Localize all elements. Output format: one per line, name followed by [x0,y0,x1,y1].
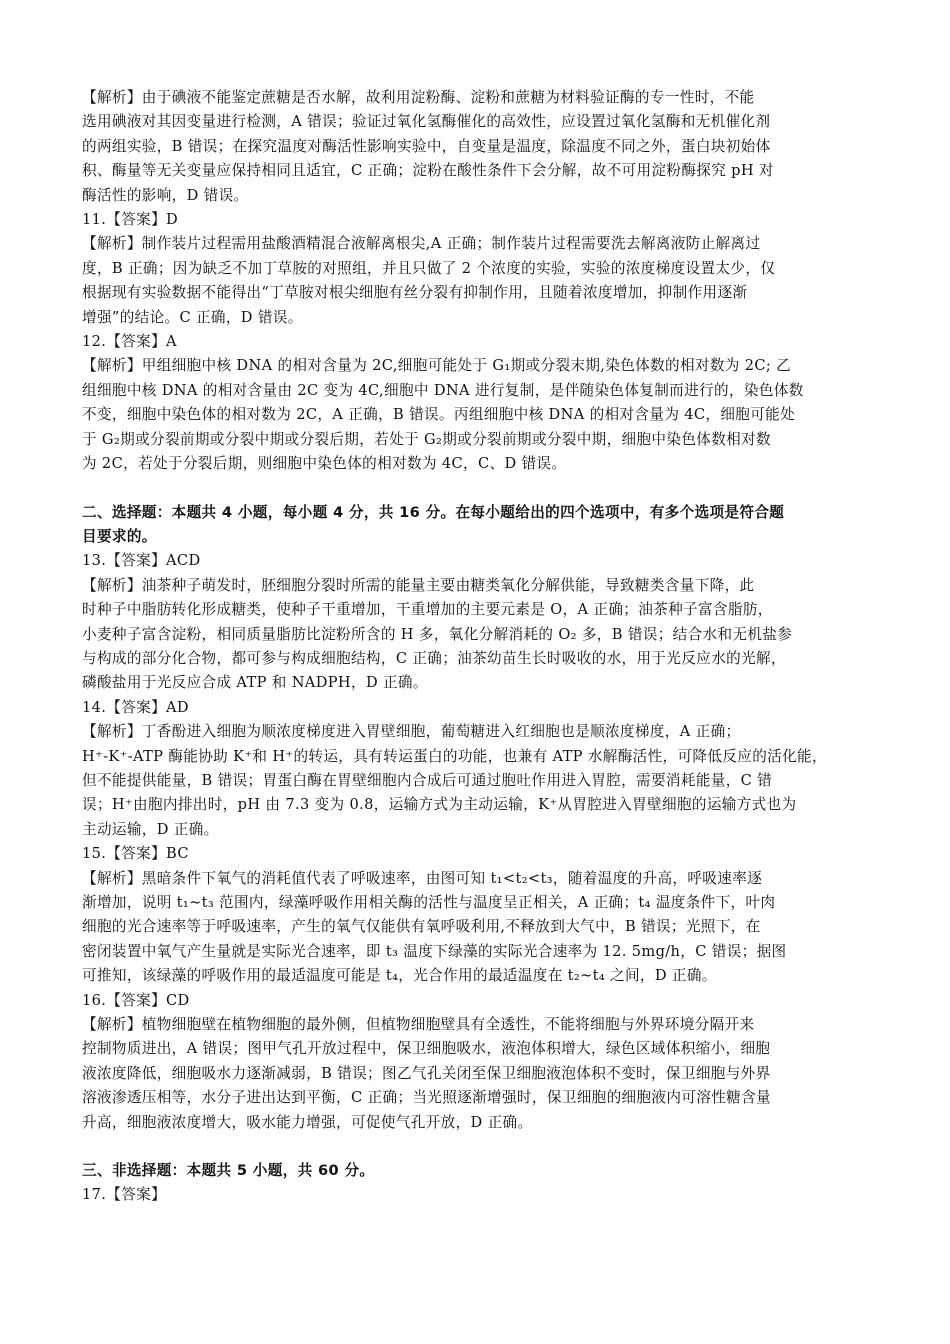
analysis-line: 为 2C，若处于分裂后期，则细胞中染色体的相对数为 4C，C、D 错误。 [82,452,868,476]
question-14: 14.【答案】AD 【解析】丁香酚进入细胞为顺浓度梯度进入胃壁细胞，葡萄糖进入红… [82,696,868,842]
analysis-line: 的两组实验，B 错误；在探究温度对酶活性影响实验中，自变量是温度，除温度不同之外… [82,135,868,159]
analysis-line: 与构成的部分化合物，都可参与构成细胞结构，C 正确；油茶幼苗生长时吸收的水，用于… [82,647,868,671]
question-11: 11.【答案】D 【解析】制作装片过程需用盐酸酒精混合液解离根尖,A 正确；制作… [82,208,868,330]
analysis-line: 细胞的光合速率等于呼吸速率，产生的氧气仅能供有氧呼吸利用,不释放到大气中，B 错… [82,915,868,939]
q10-analysis: 【解析】由于碘液不能鉴定蔗糖是否水解，故利用淀粉酶、淀粉和蔗糖为材料验证酶的专一… [82,86,868,208]
answer-label: 15.【答案】BC [82,842,868,866]
analysis-line: 误；H⁺由胞内排出时，pH 由 7.3 变为 0.8，运输方式为主动运输，K⁺从… [82,793,868,817]
analysis-line: 但不能提供能量，B 错误；胃蛋白酶在胃壁细胞内合成后可通过胞吐作用进入胃腔，需要… [82,769,868,793]
analysis-line: 度，B 正确；因为缺乏不加丁草胺的对照组，并且只做了 2 个浓度的实验，实验的浓… [82,257,868,281]
analysis-line: 小麦种子富含淀粉，相同质量脂肪比淀粉所含的 H 多，氧化分解消耗的 O₂ 多，B… [82,623,868,647]
analysis-line: 不变，细胞中染色体的相对数为 2C，A 正确，B 错误。丙组细胞中核 DNA 的… [82,403,868,427]
document-page: 【解析】由于碘液不能鉴定蔗糖是否水解，故利用淀粉酶、淀粉和蔗糖为材料验证酶的专一… [82,86,868,1208]
section-heading-line: 二、选择题：本题共 4 小题，每小题 4 分，共 16 分。在每小题给出的四个选… [82,501,868,525]
analysis-line: 【解析】甲组细胞中核 DNA 的相对含量为 2C,细胞可能处于 G₁期或分裂末期… [82,354,868,378]
analysis-line: 【解析】黑暗条件下氧气的消耗值代表了呼吸速率，由图可知 t₁<t₂<t₃，随着温… [82,867,868,891]
analysis-line: 升高，细胞液浓度增大，吸水能力增强，可促使气孔开放，D 正确。 [82,1111,868,1135]
analysis-line: H⁺-K⁺-ATP 酶能协助 K⁺和 H⁺的转运，具有转运蛋白的功能，也兼有 A… [82,745,868,769]
analysis-line: 【解析】丁香酚进入细胞为顺浓度梯度进入胃壁细胞，葡萄糖进入红细胞也是顺浓度梯度，… [82,720,868,744]
answer-label: 16.【答案】CD [82,989,868,1013]
question-16: 16.【答案】CD 【解析】植物细胞壁在植物细胞的最外侧，但植物细胞壁具有全透性… [82,989,868,1135]
analysis-line: 积、酶量等无关变量应保持相同且适宜，C 正确；淀粉在酸性条件下会分解，故不可用淀… [82,159,868,183]
analysis-line: 主动运输，D 正确。 [82,818,868,842]
answer-label: 14.【答案】AD [82,696,868,720]
answer-label: 12.【答案】A [82,330,868,354]
analysis-line: 酶活性的影响，D 错误。 [82,184,868,208]
spacer [82,1135,868,1159]
analysis-line: 可推知，该绿藻的呼吸作用的最适温度可能是 t₄，光合作用的最适温度在 t₂~t₄… [82,964,868,988]
section-heading-line: 目要求的。 [82,525,868,549]
analysis-line: 时种子中脂肪转化形成糖类，使种子干重增加，干重增加的主要元素是 O，A 正确；油… [82,598,868,622]
spacer [82,477,868,501]
analysis-line: 控制物质进出，A 错误；图甲气孔开放过程中，保卫细胞吸水，液泡体积增大，绿色区域… [82,1037,868,1061]
analysis-line: 【解析】由于碘液不能鉴定蔗糖是否水解，故利用淀粉酶、淀粉和蔗糖为材料验证酶的专一… [82,86,868,110]
section-2-heading: 二、选择题：本题共 4 小题，每小题 4 分，共 16 分。在每小题给出的四个选… [82,501,868,550]
analysis-line: 增强”的结论。C 正确，D 错误。 [82,306,868,330]
section-3-heading: 三、非选择题：本题共 5 小题，共 60 分。 [82,1159,868,1183]
analysis-line: 密闭装置中氧气产生量就是实际光合速率，即 t₃ 温度下绿藻的实际光合速率为 12… [82,940,868,964]
analysis-line: 溶液渗透压相等，水分子进出达到平衡，C 正确；当光照逐渐增强时，保卫细胞的细胞液… [82,1086,868,1110]
question-13: 13.【答案】ACD 【解析】油茶种子萌发时，胚细胞分裂时所需的能量主要由糖类氧… [82,549,868,695]
analysis-line: 于 G₂期或分裂前期或分裂中期或分裂后期，若处于 G₂期或分裂前期或分裂中期，细… [82,428,868,452]
analysis-line: 选用碘液对其因变量进行检测，A 错误；验证过氧化氢酶催化的高效性，应设置过氧化氢… [82,110,868,134]
analysis-line: 根据现有实验数据不能得出“丁草胺对根尖细胞有丝分裂有抑制作用，且随着浓度增加，抑… [82,281,868,305]
question-12: 12.【答案】A 【解析】甲组细胞中核 DNA 的相对含量为 2C,细胞可能处于… [82,330,868,476]
analysis-line: 渐增加，说明 t₁~t₃ 范围内，绿藻呼吸作用相关酶的活性与温度呈正相关，A 正… [82,891,868,915]
analysis-line: 磷酸盐用于光反应合成 ATP 和 NADPH，D 正确。 [82,671,868,695]
question-15: 15.【答案】BC 【解析】黑暗条件下氧气的消耗值代表了呼吸速率，由图可知 t₁… [82,842,868,988]
answer-label: 13.【答案】ACD [82,549,868,573]
analysis-line: 液浓度降低，细胞吸水力逐渐减弱，B 错误；图乙气孔关闭至保卫细胞液泡体积不变时，… [82,1062,868,1086]
analysis-line: 【解析】植物细胞壁在植物细胞的最外侧，但植物细胞壁具有全透性，不能将细胞与外界环… [82,1013,868,1037]
analysis-line: 【解析】油茶种子萌发时，胚细胞分裂时所需的能量主要由糖类氧化分解供能，导致糖类含… [82,574,868,598]
analysis-line: 【解析】制作装片过程需用盐酸酒精混合液解离根尖,A 正确；制作装片过程需要洗去解… [82,232,868,256]
answer-label: 17.【答案】 [82,1183,868,1207]
answer-label: 11.【答案】D [82,208,868,232]
analysis-line: 组细胞中核 DNA 的相对含量由 2C 变为 4C,细胞中 DNA 进行复制，是… [82,379,868,403]
